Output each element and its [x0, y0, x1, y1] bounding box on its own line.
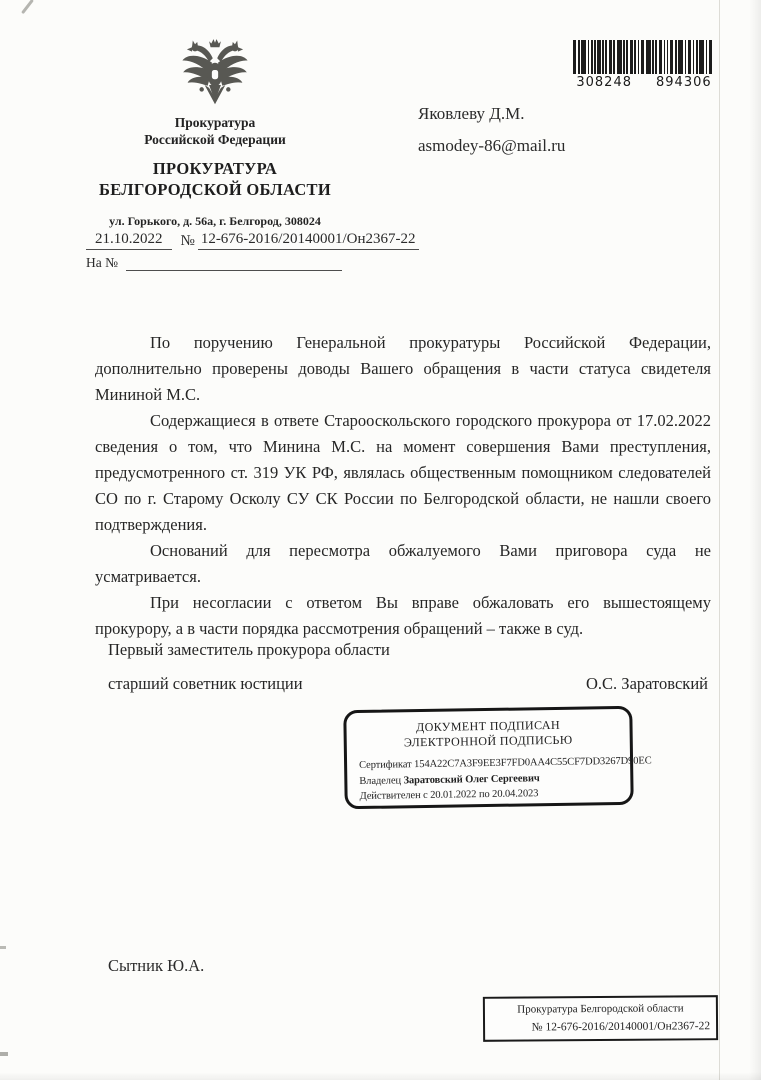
scan-artifact [0, 1052, 8, 1056]
scan-shadow [0, 1072, 761, 1080]
registration-org: Прокуратура Белгородской области [491, 1001, 710, 1018]
barcode-digits-left: 308248 [576, 75, 632, 90]
owner-label: Владелец [359, 775, 401, 787]
blank-line [126, 256, 342, 271]
signer-position-line2: старший советник юстиции [108, 674, 303, 694]
executor-name: Сытник Ю.А. [108, 956, 204, 976]
stamp-title-line: ЭЛЕКТРОННОЙ ПОДПИСЬЮ [359, 732, 618, 751]
letter-paragraph: При несогласии с ответом Вы вправе обжал… [95, 590, 711, 642]
org-line: ПРОКУРАТУРА [82, 158, 348, 179]
document-number: 12-676-2016/20140001/Он2367-22 [198, 231, 419, 250]
org-name: ПРОКУРАТУРА БЕЛГОРОДСКОЙ ОБЛАСТИ [82, 158, 348, 200]
registration-number: № 12-676-2016/20140001/Он2367-22 [491, 1018, 710, 1036]
barcode-bars [573, 40, 715, 74]
reply-reference-line: На № [86, 255, 342, 271]
esignature-stamp: ДОКУМЕНТ ПОДПИСАН ЭЛЕКТРОННОЙ ПОДПИСЬЮ С… [343, 706, 634, 810]
certificate-value: 154A22C7A3F9EE3F7FD0AA4C55CF7DD3267D90EC [414, 755, 652, 770]
signature-row: старший советник юстиции О.С. Заратовски… [108, 674, 708, 694]
page-edge-line [719, 0, 720, 1080]
reply-label: На № [86, 255, 118, 270]
scan-artifact [0, 946, 6, 949]
letter-body: По поручению Генеральной прокуратуры Рос… [95, 330, 711, 642]
letterhead: Прокуратура Российской Федерации ПРОКУРА… [82, 36, 348, 229]
scan-shadow [749, 0, 761, 1080]
org-line: Прокуратура [82, 115, 348, 132]
signer-name: О.С. Заратовский [586, 674, 708, 694]
barcode-digits-right: 894306 [656, 75, 712, 90]
letter-paragraph: Оснований для пересмотра обжалуемого Вам… [95, 538, 711, 590]
document-date: 21.10.2022 [86, 231, 172, 250]
certificate-label: Сертификат [359, 759, 412, 771]
letter-paragraph: Содержащиеся в ответе Старооскольского г… [95, 408, 711, 538]
russia-coat-of-arms-icon [82, 36, 348, 108]
parent-org-name: Прокуратура Российской Федерации [82, 115, 348, 148]
scan-artifact [21, 0, 34, 14]
document-reference-line: 21.10.2022 № 12-676-2016/20140001/Он2367… [86, 231, 419, 250]
owner-name: Заратовский Олег Сергеевич [403, 773, 539, 786]
recipient-block: Яковлеву Д.М. asmodey-86@mail.ru [418, 98, 565, 162]
org-line: БЕЛГОРОДСКОЙ ОБЛАСТИ [82, 179, 348, 200]
barcode-digits: 308248 894306 [573, 75, 715, 90]
registration-box: Прокуратура Белгородской области № 12-67… [483, 995, 718, 1042]
barcode: 308248 894306 [573, 40, 715, 90]
letter-paragraph: По поручению Генеральной прокуратуры Рос… [95, 330, 711, 408]
recipient-email: asmodey-86@mail.ru [418, 130, 565, 162]
stamp-title: ДОКУМЕНТ ПОДПИСАН ЭЛЕКТРОННОЙ ПОДПИСЬЮ [358, 717, 617, 751]
scanned-letter-page: Прокуратура Российской Федерации ПРОКУРА… [0, 0, 761, 1080]
recipient-name: Яковлеву Д.М. [418, 98, 565, 130]
number-sign: № [181, 233, 195, 250]
stamp-validity-row: Действителен с 20.01.2022 по 20.04.2023 [359, 785, 618, 805]
org-address: ул. Горького, д. 56а, г. Белгород, 30802… [82, 214, 348, 229]
org-line: Российской Федерации [82, 132, 348, 149]
signer-position-line1: Первый заместитель прокурора области [108, 640, 390, 660]
